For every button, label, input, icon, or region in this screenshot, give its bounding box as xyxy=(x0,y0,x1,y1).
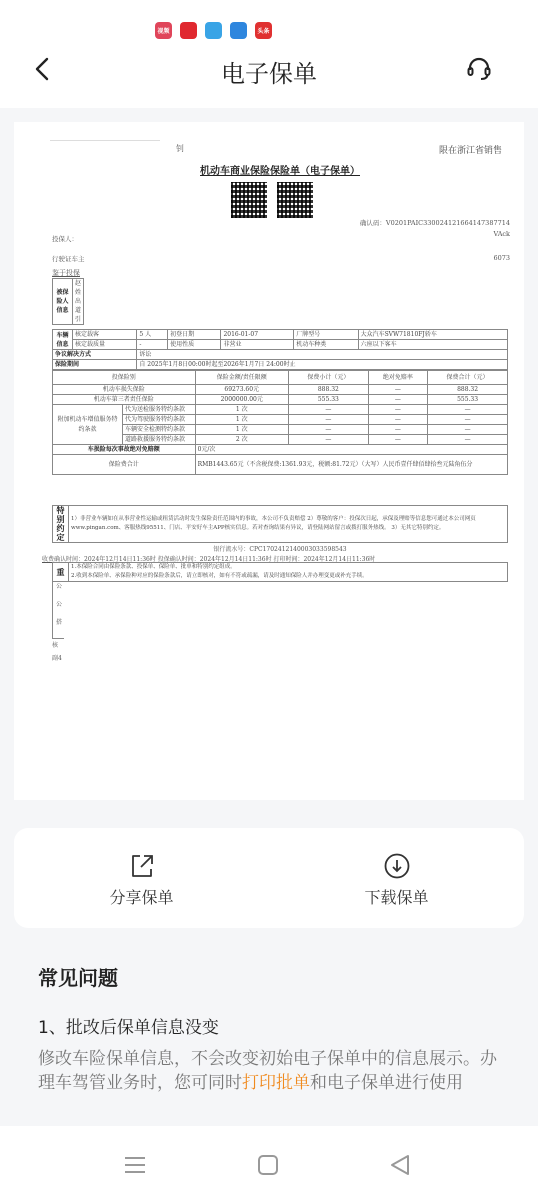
table-cell: 保费小计（元） xyxy=(288,371,368,385)
table-row: 争议解决方式诉讼 xyxy=(53,350,508,360)
table-cell: — xyxy=(368,415,427,425)
table-cell: 保险金额/责任限额 xyxy=(195,371,288,385)
table-row: 车辆信息核定载客5 人初登日期2016-01-07厂牌型号大众汽车SVW7181… xyxy=(53,330,508,340)
table-row: 机动车损失保险69273.60元888.32—888.32 xyxy=(53,385,508,395)
table-cell: — xyxy=(368,425,427,435)
browser-icon xyxy=(205,22,222,39)
table-cell: — xyxy=(368,385,427,395)
document-note: 鉴于投保 xyxy=(52,268,80,278)
table-cell: — xyxy=(288,405,368,415)
faq-question: 1、批改后保单信息没变 xyxy=(38,1013,508,1038)
table-cell: 1 次 xyxy=(195,425,288,435)
faq-answer-text-end: 和电子保单进行使用 xyxy=(310,1073,463,1093)
home-icon[interactable] xyxy=(253,1150,283,1180)
table-cell: 代为送检服务特约条款 xyxy=(123,405,196,415)
table-cell: 初登日期 xyxy=(168,330,221,340)
table-cell: 保险期间 xyxy=(53,360,137,370)
table-cell: 保险费合计 xyxy=(53,455,196,475)
license-owner-label: 行驶证车主 xyxy=(52,254,85,263)
important-notes-text: 1.本保险合同由保险条款、投保单、保险单、批单和特别约定组成。2.收到本保险单、… xyxy=(69,563,508,582)
table-cell: — xyxy=(428,415,508,425)
table-cell: 888.32 xyxy=(428,385,508,395)
policyholder-label: 投保人： xyxy=(52,234,78,243)
table-cell: 自 2025年1月8日00:00时起至2026年1月7日 24:00时止 xyxy=(137,360,508,370)
table-cell: 2 次 xyxy=(195,435,288,445)
page-title: 电子保单 xyxy=(0,54,538,89)
table-cell: - xyxy=(137,340,168,350)
faq-title: 常见问题 xyxy=(38,962,508,991)
table-cell: 核定载质量 xyxy=(73,340,137,350)
table-cell: 2000000.00元 xyxy=(195,395,288,405)
sales-region: 限在浙江省销售 xyxy=(439,143,502,156)
faq-answer: 修改车险保单信息，不会改变初始电子保单中的信息展示。办理车驾管业务时，您可同时打… xyxy=(38,1047,508,1095)
table-cell: 使用性质 xyxy=(168,340,221,350)
footer-char-1: 核 xyxy=(52,640,58,649)
faq-section: 常见问题 1、批改后保单信息没变 修改车险保单信息，不会改变初始电子保单中的信息… xyxy=(38,962,508,1095)
back-triangle-icon[interactable] xyxy=(385,1150,415,1180)
table-cell: 1 次 xyxy=(195,405,288,415)
table-cell: — xyxy=(288,425,368,435)
table-row: 核定载质量-使用性质非营业机动车种类六座以下客车 xyxy=(53,340,508,350)
table-cell: 代为驾驶服务特约条款 xyxy=(123,415,196,425)
redacted-line xyxy=(50,140,160,141)
table-cell: — xyxy=(288,435,368,445)
table-cell: — xyxy=(428,405,508,415)
table-row: 附加机动车增值服务特约条款代为送检服务特约条款1 次——— xyxy=(53,405,508,415)
table-cell: 0元/次 xyxy=(195,445,507,455)
download-icon xyxy=(384,853,410,879)
table-cell: 车损险每次事故绝对免赔额 xyxy=(53,445,196,455)
table-cell: 机动车第三者责任保险 xyxy=(53,395,196,405)
table-cell: 诉讼 xyxy=(137,350,508,360)
app-bar: 电子保单 xyxy=(0,44,538,108)
insured-info-table: 被保险人信息 赵姓出道引 xyxy=(52,278,508,325)
table-cell: 争议解决方式 xyxy=(53,350,137,360)
headset-icon[interactable] xyxy=(464,54,494,84)
table-cell: 厂牌型号 xyxy=(294,330,358,340)
menu-icon[interactable] xyxy=(120,1150,150,1180)
table-cell: 机动车损失保险 xyxy=(53,385,196,395)
table-cell: — xyxy=(428,425,508,435)
netease-music-icon xyxy=(180,22,197,39)
table-cell: 非营业 xyxy=(221,340,294,350)
table-cell: — xyxy=(288,415,368,425)
table-cell: 附加机动车增值服务特约条款 xyxy=(53,405,123,445)
table-cell: 69273.60元 xyxy=(195,385,288,395)
table-cell: — xyxy=(428,435,508,445)
table-cell: 5 人 xyxy=(137,330,168,340)
table-cell: 核定载客 xyxy=(73,330,137,340)
share-icon xyxy=(129,853,155,879)
table-cell: 六座以下客车 xyxy=(358,340,507,350)
license-suffix: 6073 xyxy=(493,254,510,262)
table-cell: 2016-01-07 xyxy=(221,330,294,340)
table-cell: 保费合计（元） xyxy=(428,371,508,385)
table-cell: — xyxy=(368,435,427,445)
table-cell: — xyxy=(368,395,427,405)
special-terms-table: 特别约定 1）非营业车辆如在从事营业性运输或租赁活动时发生保险责任范围内的事故，… xyxy=(52,505,508,543)
download-policy-label: 下载保单 xyxy=(364,885,428,908)
table-row: 保险费合计RMB1443.65元（不含税保费:1361.93元，税额:81.72… xyxy=(53,455,508,475)
notification-icons: 视频头条 xyxy=(155,22,272,39)
table-cell: 大众汽车SVW71810FJ轿车 xyxy=(358,330,507,340)
table-cell: 道路救援服务特约条款 xyxy=(123,435,196,445)
insured-label: 被保险人信息 xyxy=(53,279,73,325)
confirm-suffix: VAck xyxy=(493,230,510,238)
action-panel: 分享保单 下载保单 xyxy=(14,828,524,928)
bank-serial: 银行流水号：CPC1702412140003033598543 xyxy=(50,544,510,553)
confirm-code: 确认码：V0201PAIC330024121664147387714 xyxy=(360,218,510,227)
weather-icon xyxy=(230,22,247,39)
table-header-row: 投保险别保险金额/责任限额保费小计（元）绝对免赔率保费合计（元） xyxy=(53,371,508,385)
policy-document-preview[interactable]: 钊 限在浙江省销售 机动车商业保险保险单（电子保单） 确认码：V0201PAIC… xyxy=(14,122,524,800)
special-terms-text: 1）非营业车辆如在从事营业性运输或租赁活动时发生保险责任范围内的事故，本公司不负… xyxy=(69,506,508,543)
table-cell: 555.33 xyxy=(428,395,508,405)
table-row: 保险期间自 2025年1月8日00:00时起至2026年1月7日 24:00时止 xyxy=(53,360,508,370)
qr-code-icon xyxy=(231,182,267,218)
table-cell: 机动车种类 xyxy=(294,340,358,350)
table-cell: 车辆安全检测特约条款 xyxy=(123,425,196,435)
vehicle-info-table: 车辆信息核定载客5 人初登日期2016-01-07厂牌型号大众汽车SVW7181… xyxy=(52,329,508,370)
souhu-video-icon: 视频 xyxy=(155,22,172,39)
table-cell: — xyxy=(368,405,427,415)
insured-side-chars: 赵姓出道引 xyxy=(73,279,84,325)
table-cell: 1 次 xyxy=(195,415,288,425)
coverage-table: 投保险别保险金额/责任限额保费小计（元）绝对免赔率保费合计（元）机动车损失保险6… xyxy=(52,370,508,475)
table-row: 机动车第三者责任保险2000000.00元555.33—555.33 xyxy=(53,395,508,405)
print-endorsement-link[interactable]: 打印批单 xyxy=(242,1073,310,1093)
download-policy-button[interactable]: 下载保单 xyxy=(269,828,524,928)
table-cell: 绝对免赔率 xyxy=(368,371,427,385)
qr-code-icon xyxy=(277,182,313,218)
toutiao-icon: 头条 xyxy=(255,22,272,39)
system-nav-bar xyxy=(0,1126,538,1200)
table-cell: RMB1443.65元（不含税保费:1361.93元，税额:81.72元）（大写… xyxy=(195,455,507,475)
document-header-char: 钊 xyxy=(176,143,184,154)
table-cell: 555.33 xyxy=(288,395,368,405)
side-box: 公公搭 xyxy=(52,574,64,639)
footer-char-2: 副4 xyxy=(52,653,62,662)
special-terms-label: 特别约定 xyxy=(53,506,69,543)
important-notes-table: 重 1.本保险合同由保险条款、投保单、保险单、批单和特别约定组成。2.收到本保险… xyxy=(52,562,508,582)
share-policy-label: 分享保单 xyxy=(109,885,173,908)
table-cell: 888.32 xyxy=(288,385,368,395)
table-cell: 投保险别 xyxy=(53,371,196,385)
table-row: 车损险每次事故绝对免赔额0元/次 xyxy=(53,445,508,455)
document-title: 机动车商业保险保险单（电子保单） xyxy=(50,162,510,177)
share-policy-button[interactable]: 分享保单 xyxy=(14,828,269,928)
table-cell: 车辆信息 xyxy=(53,330,73,350)
status-bar: 视频头条 xyxy=(0,0,538,44)
